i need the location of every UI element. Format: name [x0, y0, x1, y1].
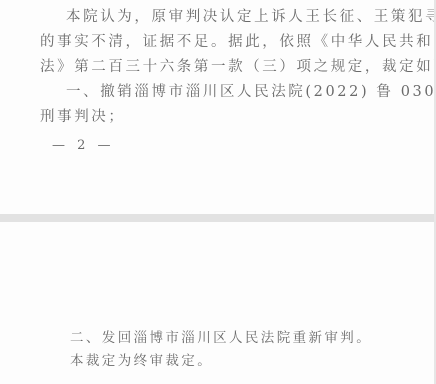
- ruling-item-2: 二、发回淄博市淄川区人民法院重新审判。: [70, 326, 372, 346]
- ruling-reasoning-line-2: 的事实不清，证据不足。据此，依照《中华人民共和国刑事诉讼: [40, 30, 436, 51]
- page-divider: [0, 214, 436, 222]
- ruling-reasoning-line-1: 本院认为，原审判决认定上诉人王长征、王策犯寻衅滋事罪: [66, 5, 436, 26]
- ruling-reasoning-line-3: 法》第二百三十六条第一款（三）项之规定，裁定如下：: [40, 55, 436, 76]
- document-page-2: [0, 222, 434, 384]
- final-ruling-statement: 本裁定为终审裁定。: [70, 349, 213, 369]
- ruling-item-1-line-2: 刑事判决；: [40, 105, 126, 126]
- document-page-1: 本院认为，原审判决认定上诉人王长征、王策犯寻衅滋事罪 的事实不清，证据不足。据此…: [0, 0, 434, 214]
- page-number: — 2 —: [52, 138, 115, 153]
- ruling-item-1-line-1: 一、撤销淄博市淄川区人民法院(2022) 鲁 0302 刑初 432 号: [66, 80, 436, 101]
